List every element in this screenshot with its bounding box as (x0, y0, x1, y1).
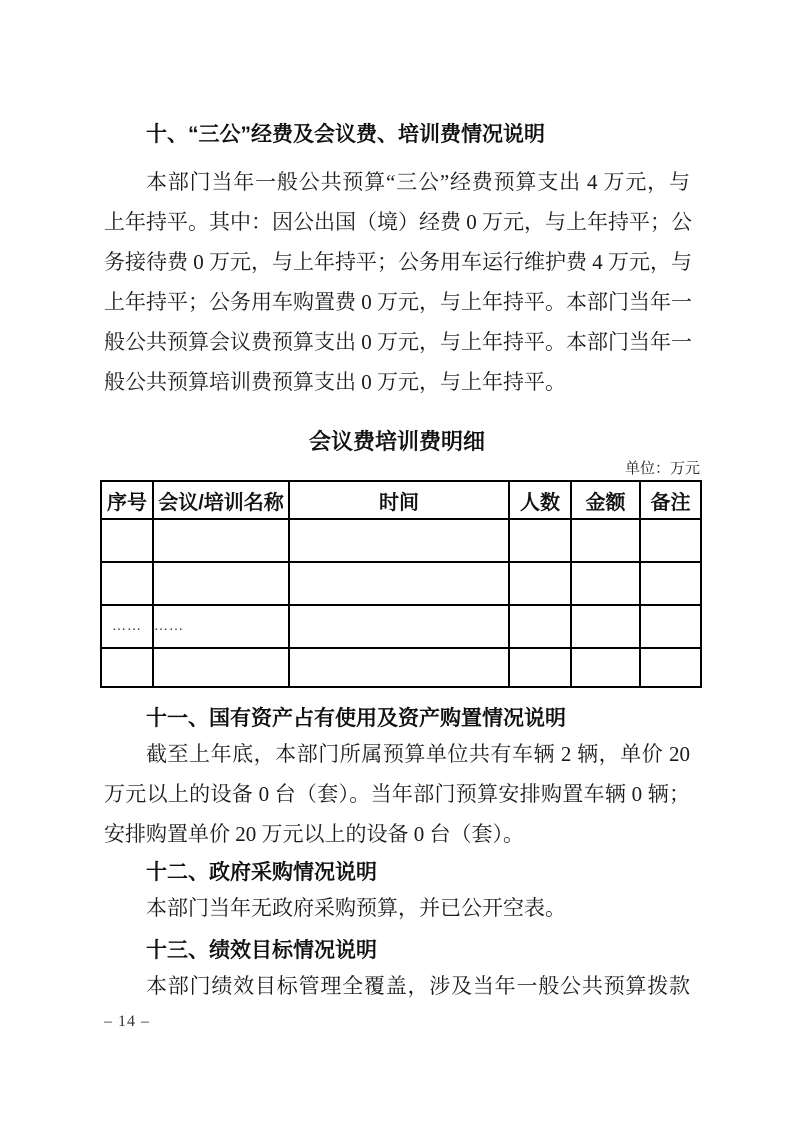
table-header-cell: 序号 (101, 481, 153, 519)
table-cell (571, 648, 640, 687)
table-cell (509, 605, 571, 648)
table-cell (640, 605, 701, 648)
table-cell (101, 519, 153, 562)
table-cell: …… (153, 605, 289, 648)
page-number: – 14 – (104, 1012, 150, 1032)
table-cell (153, 648, 289, 687)
meeting-training-table: 序号 会议/培训名称 时间 人数 金额 备注 (100, 480, 702, 688)
document-page: 十、“三公”经费及会议费、培训费情况说明 本部门当年一般公共预算“三公”经费预算… (0, 0, 793, 1122)
section-13-paragraph: 本部门绩效目标管理全覆盖，涉及当年一般公共预算拨款 (104, 966, 690, 1006)
table-cell (509, 519, 571, 562)
paragraph-line: 本部门当年无政府采购预算，并已公开空表。 (104, 888, 690, 928)
table-cell (101, 648, 153, 687)
table-cell (640, 648, 701, 687)
paragraph-line: 般公共预算培训费预算支出 0 万元，与上年持平。 (104, 362, 690, 402)
paragraph-line: 般公共预算会议费预算支出 0 万元，与上年持平。本部门当年一 (104, 322, 690, 362)
section-11-heading: 十一、国有资产占有使用及资产购置情况说明 (104, 704, 690, 734)
table-header-cell: 会议/培训名称 (153, 481, 289, 519)
table-cell (571, 519, 640, 562)
paragraph-line: 上年持平；公务用车购置费 0 万元，与上年持平。本部门当年一 (104, 282, 690, 322)
paragraph-line: 务接待费 0 万元，与上年持平；公务用车运行维护费 4 万元，与 (104, 242, 690, 282)
table-header-cell: 人数 (509, 481, 571, 519)
paragraph-line: 上年持平。其中：因公出国（境）经费 0 万元，与上年持平；公 (104, 202, 690, 242)
table-cell (289, 562, 509, 605)
page-content: 十、“三公”经费及会议费、培训费情况说明 本部门当年一般公共预算“三公”经费预算… (104, 0, 690, 1006)
paragraph-line: 本部门绩效目标管理全覆盖，涉及当年一般公共预算拨款 (104, 966, 690, 1006)
table-header-cell: 备注 (640, 481, 701, 519)
section-13-heading: 十三、绩效目标情况说明 (104, 936, 690, 966)
table-cell (509, 562, 571, 605)
table-cell (571, 562, 640, 605)
table-cell (153, 519, 289, 562)
paragraph-line: 安排购置单价 20 万元以上的设备 0 台（套）。 (104, 814, 690, 854)
table-row: …… …… (101, 605, 701, 648)
table-cell (289, 648, 509, 687)
section-12-paragraph: 本部门当年无政府采购预算，并已公开空表。 (104, 888, 690, 928)
table-cell (509, 648, 571, 687)
table-header-cell: 金额 (571, 481, 640, 519)
table-cell (289, 605, 509, 648)
table-header-row: 序号 会议/培训名称 时间 人数 金额 备注 (101, 481, 701, 519)
section-11-paragraph: 截至上年底，本部门所属预算单位共有车辆 2 辆，单价 20 万元以上的设备 0 … (104, 734, 690, 854)
paragraph-line: 本部门当年一般公共预算“三公”经费预算支出 4 万元，与 (104, 162, 690, 202)
section-10-paragraph: 本部门当年一般公共预算“三公”经费预算支出 4 万元，与 上年持平。其中：因公出… (104, 162, 690, 402)
table-row (101, 519, 701, 562)
paragraph-line: 万元以上的设备 0 台（套）。当年部门预算安排购置车辆 0 辆； (104, 774, 690, 814)
table-cell (571, 605, 640, 648)
table-cell (101, 562, 153, 605)
table-cell (153, 562, 289, 605)
table-title: 会议费培训费明细 (104, 426, 690, 458)
table-cell (640, 562, 701, 605)
table-cell (289, 519, 509, 562)
table-header-cell: 时间 (289, 481, 509, 519)
paragraph-line: 截至上年底，本部门所属预算单位共有车辆 2 辆，单价 20 (104, 734, 690, 774)
table-cell (640, 519, 701, 562)
section-12-heading: 十二、政府采购情况说明 (104, 858, 690, 888)
table-row (101, 562, 701, 605)
unit-note: 单位：万元 (104, 458, 700, 480)
table-cell: …… (101, 605, 153, 648)
table-row (101, 648, 701, 687)
section-10-heading: 十、“三公”经费及会议费、培训费情况说明 (104, 120, 690, 150)
